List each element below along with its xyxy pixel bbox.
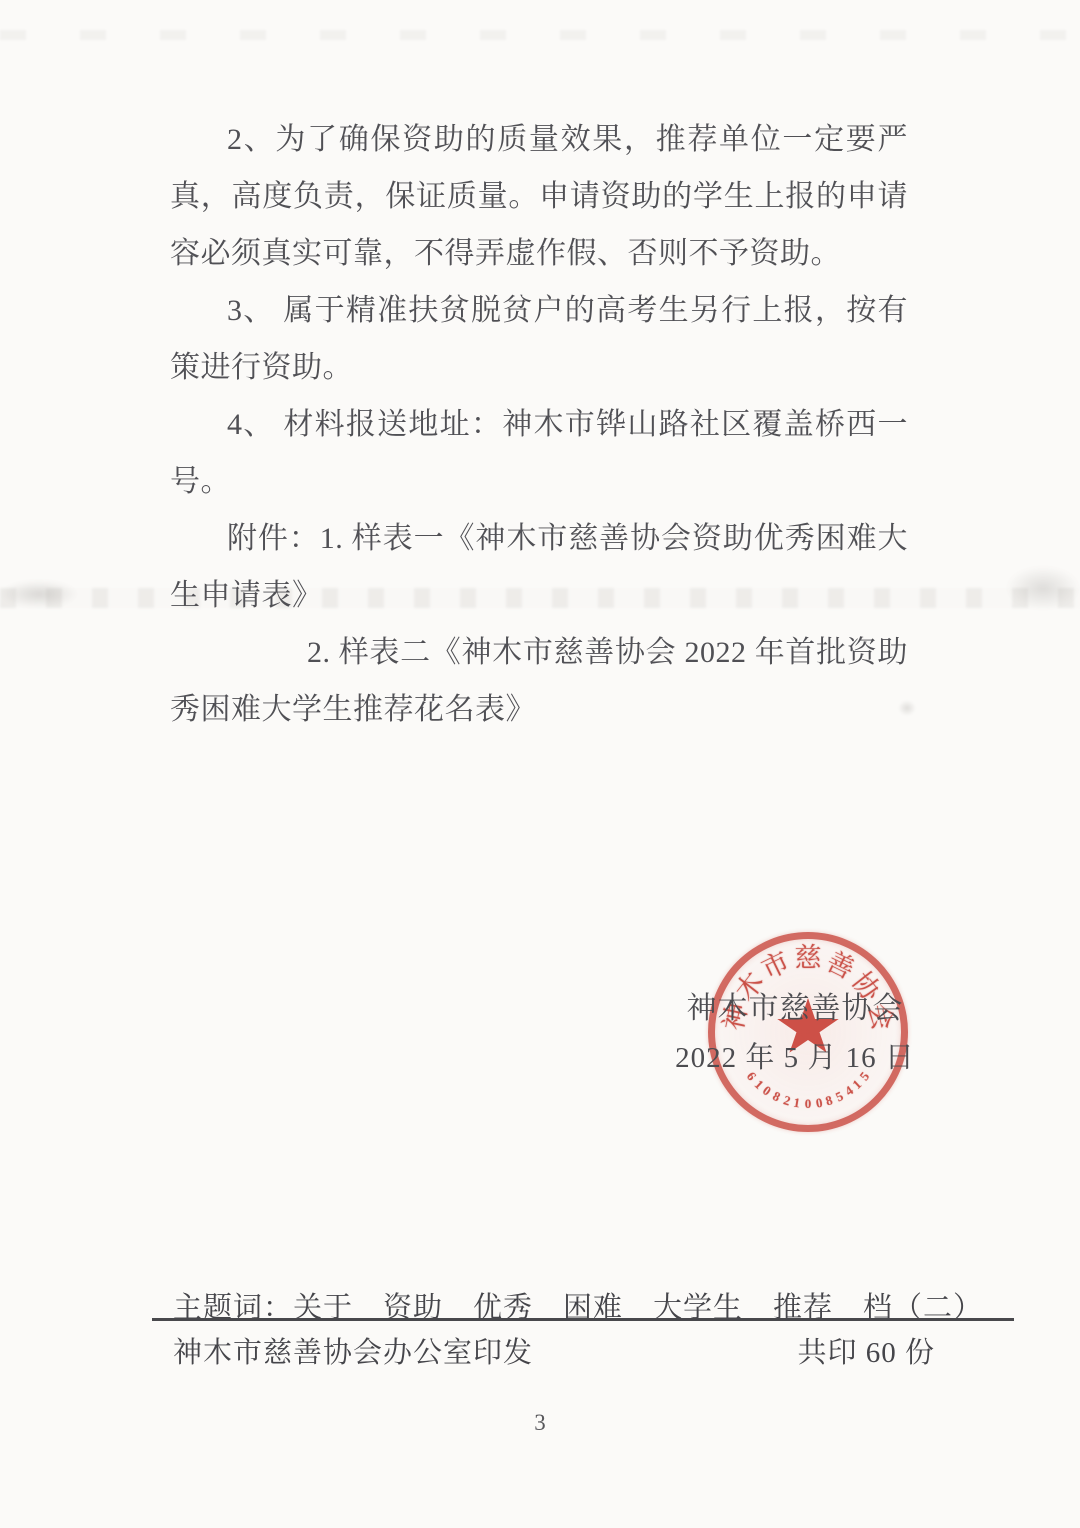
body-line: 号。 bbox=[170, 453, 908, 510]
attachment-line: 生申请表》 bbox=[170, 567, 908, 624]
footer-divider bbox=[152, 1318, 1014, 1321]
body-line: 真，高度负责，保证质量。申请资助的学生上报的申请表内 bbox=[170, 168, 908, 225]
signature-org: 神木市慈善协会 bbox=[658, 983, 932, 1027]
body-line: 3、 属于精准扶贫脱贫户的高考生另行上报，按有关政 bbox=[170, 282, 908, 339]
official-seal: 神 木 市 慈 善 协 会 6 1 0 8 2 1 0 0 8 5 4 1 5 bbox=[708, 932, 908, 1132]
issuer-line: 神木市慈善协会办公室印发 bbox=[173, 1330, 533, 1371]
attachment-line: 附件：1. 样表一《神木市慈善协会资助优秀困难大学 bbox=[170, 510, 908, 567]
body-line: 2、为了确保资助的质量效果，推荐单位一定要严肃认 bbox=[170, 111, 908, 168]
scan-artifact-top-band bbox=[0, 30, 1080, 40]
scan-artifact-right-smudge bbox=[1006, 566, 1080, 610]
attachment-line: 秀困难大学生推荐花名表》 bbox=[170, 681, 908, 738]
body-line: 4、 材料报送地址：神木市铧山路社区覆盖桥西一巷 1 bbox=[170, 396, 908, 453]
signature-date: 2022 年 5 月 16 日 bbox=[660, 1035, 930, 1076]
attachment-line: 2. 样表二《神木市慈善协会 2022 年首批资助优 bbox=[170, 624, 908, 681]
page-number: 3 bbox=[490, 1410, 590, 1436]
document-body: 2、为了确保资助的质量效果，推荐单位一定要严肃认 真，高度负责，保证质量。申请资… bbox=[170, 111, 908, 738]
scanned-document-page: 2、为了确保资助的质量效果，推荐单位一定要严肃认 真，高度负责，保证质量。申请资… bbox=[0, 0, 1080, 1528]
body-line: 策进行资助。 bbox=[170, 339, 908, 396]
seal-ring-char: 慈 bbox=[793, 943, 823, 973]
body-line: 容必须真实可靠，不得弄虚作假、否则不予资助。 bbox=[170, 225, 908, 282]
print-copies: 共印 60 份 bbox=[797, 1330, 935, 1371]
scan-artifact-left-smudge bbox=[0, 580, 78, 608]
